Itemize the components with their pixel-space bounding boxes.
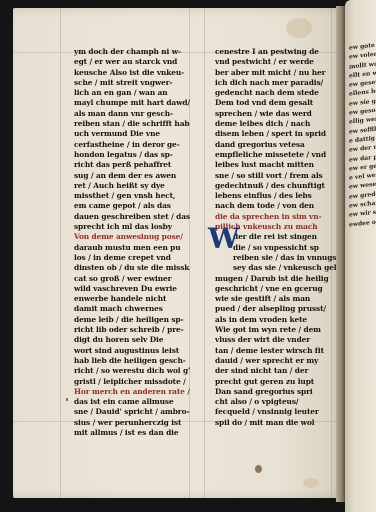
- folio-mark: [66, 398, 68, 401]
- manuscript-line: als man dann vnr gesch-: [74, 109, 202, 119]
- manuscript-line: richt lib oder schreib / pre-: [74, 325, 202, 335]
- manuscript-line: richt / so werestu dich wol g': [74, 366, 202, 376]
- manuscript-line: mugen / Darub ist die heilig: [215, 274, 343, 284]
- ink-spot: [255, 465, 262, 473]
- manuscript-line: sius / wer perunherczig ist: [74, 418, 202, 428]
- manuscript-line: egt / er wer au starck vnd: [74, 57, 202, 67]
- manuscript-line: leibes lust macht mitten: [215, 160, 343, 170]
- manuscript-line: los / in deme crepet vnd: [74, 253, 202, 263]
- facing-page-edge: ew gote dingew volend siemollt wur alell…: [345, 0, 376, 512]
- manuscript-line: deme leib / die heiligen sp-: [74, 315, 202, 325]
- manuscript-line: ich dich nach mer paradis/: [215, 78, 343, 88]
- manuscript-line: lebens einflus / des lebs: [215, 191, 343, 201]
- manuscript-line: sche / mit streit vngwer-: [74, 78, 202, 88]
- manuscript-line: enwerbe handele nicht: [74, 294, 202, 304]
- ruling-line-left-outer: [60, 8, 61, 498]
- manuscript-line: hondon legatus / das sp-: [74, 150, 202, 160]
- manuscript-line: precht gut geren zu lupt: [215, 377, 343, 387]
- manuscript-line: digt du horen selv Die: [74, 335, 202, 345]
- manuscript-line: keusche Also ist die vnkeu-: [74, 68, 202, 78]
- manuscript-line: nach dem tode / von den: [215, 201, 343, 211]
- manuscript-line: gristl / leiplicher missdote /: [74, 377, 202, 387]
- manuscript-line: tan / deme lester wirsch fit: [215, 346, 343, 356]
- manuscript-line: damit mach chwernes: [74, 304, 202, 314]
- manuscript-line: ret / Auch heißt sy dye: [74, 181, 202, 191]
- manuscript-line: sne / so still vort / frem als: [215, 171, 343, 181]
- manuscript-line: vluss der wirt die vnder: [215, 335, 343, 345]
- manuscript-line: empfleliche missetete / vnd: [215, 150, 343, 160]
- manuscript-line: dauen geschreiben stet / das: [74, 212, 202, 222]
- manuscript-line: dinsten ob / du sie die missk: [74, 263, 202, 273]
- manuscript-line: cat so groß / wer ewiner: [74, 274, 202, 284]
- manuscript-line: wild vaschreven Du ewrie: [74, 284, 202, 294]
- manuscript-line: dauid / wer sprecht er my: [215, 356, 343, 366]
- manuscript-line: wort sind augustinus leist: [74, 346, 202, 356]
- parchment-stain: [286, 18, 312, 38]
- manuscript-line: dand gregorius vetesa: [215, 140, 343, 150]
- manuscript-line: pued / der alsepling prusst/: [215, 304, 343, 314]
- manuscript-line: wie sie gestift / als man: [215, 294, 343, 304]
- manuscript-line: ym doch der champh ni w-: [74, 47, 202, 57]
- manuscript-line: Hor merch en anderen rate /: [74, 387, 202, 397]
- parchment-stain: [303, 478, 319, 488]
- manuscript-line: sey das sie / vnkeusch gelusti: [215, 263, 343, 273]
- manuscript-line: cenestre I an pestwing de: [215, 47, 343, 57]
- manuscript-line: vnd pestwicht / er werde: [215, 57, 343, 67]
- manuscript-line: Dem tod vnd dem gesalt: [215, 98, 343, 108]
- manuscript-line: richt das perß pehaffret: [74, 160, 202, 170]
- manuscript-line: die da sprechen in sim vn-: [215, 212, 343, 222]
- manuscript-line: deme leibes dich / nach: [215, 119, 343, 129]
- manuscript-line: der sind nicht tan / der: [215, 366, 343, 376]
- manuscript-line: mit allmus / ist es dan die: [74, 428, 202, 438]
- manuscript-line: als in dem vroden kete: [215, 315, 343, 325]
- manuscript-line: Wie got im wyn rete / dem: [215, 325, 343, 335]
- manuscript-line: hab lieb die heiligen gesch-: [74, 356, 202, 366]
- manuscript-line: reiben stan / die schrifft hab: [74, 119, 202, 129]
- left-text-column: ym doch der champh ni w-egt / er wer au …: [74, 47, 202, 438]
- manuscript-line: cerfastheine / in deror ge-: [74, 140, 202, 150]
- manuscript-line: lich an en gan / wan an: [74, 88, 202, 98]
- manuscript-line: uch vermund Die vne: [74, 129, 202, 139]
- manuscript-line: em came gepot / als das: [74, 201, 202, 211]
- manuscript-line: Von deme anwesinug pose/: [74, 232, 202, 242]
- manuscript-line: daraub mustu men een pu: [74, 243, 202, 253]
- manuscript-line: Dan sand gregorius spri: [215, 387, 343, 397]
- manuscript-line: spil do / mit man die wol: [215, 418, 343, 428]
- manuscript-line: sprecht ich ml das losby: [74, 222, 202, 232]
- manuscript-line: das ist ein came allmuse: [74, 397, 202, 407]
- manuscript-line: sug / an dem der es awen: [74, 171, 202, 181]
- manuscript-line: missthet / gen vnsh hect,: [74, 191, 202, 201]
- manuscript-line: gedechtnuß / des chunftigt: [215, 181, 343, 191]
- manuscript-line: gedencht nach dem stede: [215, 88, 343, 98]
- manuscript-line: disem leben / spert in sprid: [215, 129, 343, 139]
- manuscript-line: sne / Dauid' spricht / ambro-: [74, 407, 202, 417]
- manuscript-line: sprechen / wie das werd: [215, 109, 343, 119]
- ruling-line-right-inner: [204, 8, 205, 498]
- manuscript-line: ber aber mit micht / nu her: [215, 68, 343, 78]
- manuscript-line: mayl chumpe mit hart dawd/: [74, 98, 202, 108]
- facing-page-text: ew gote dingew volend siemollt wur alell…: [349, 40, 376, 229]
- manuscript-line: cht also / o vpigteus/: [215, 397, 343, 407]
- blue-initial-letter: W: [208, 225, 232, 253]
- manuscript-line: geschricht / vne en gcerug: [215, 284, 343, 294]
- manuscript-line: fecqueld / vnsinnig leuter: [215, 407, 343, 417]
